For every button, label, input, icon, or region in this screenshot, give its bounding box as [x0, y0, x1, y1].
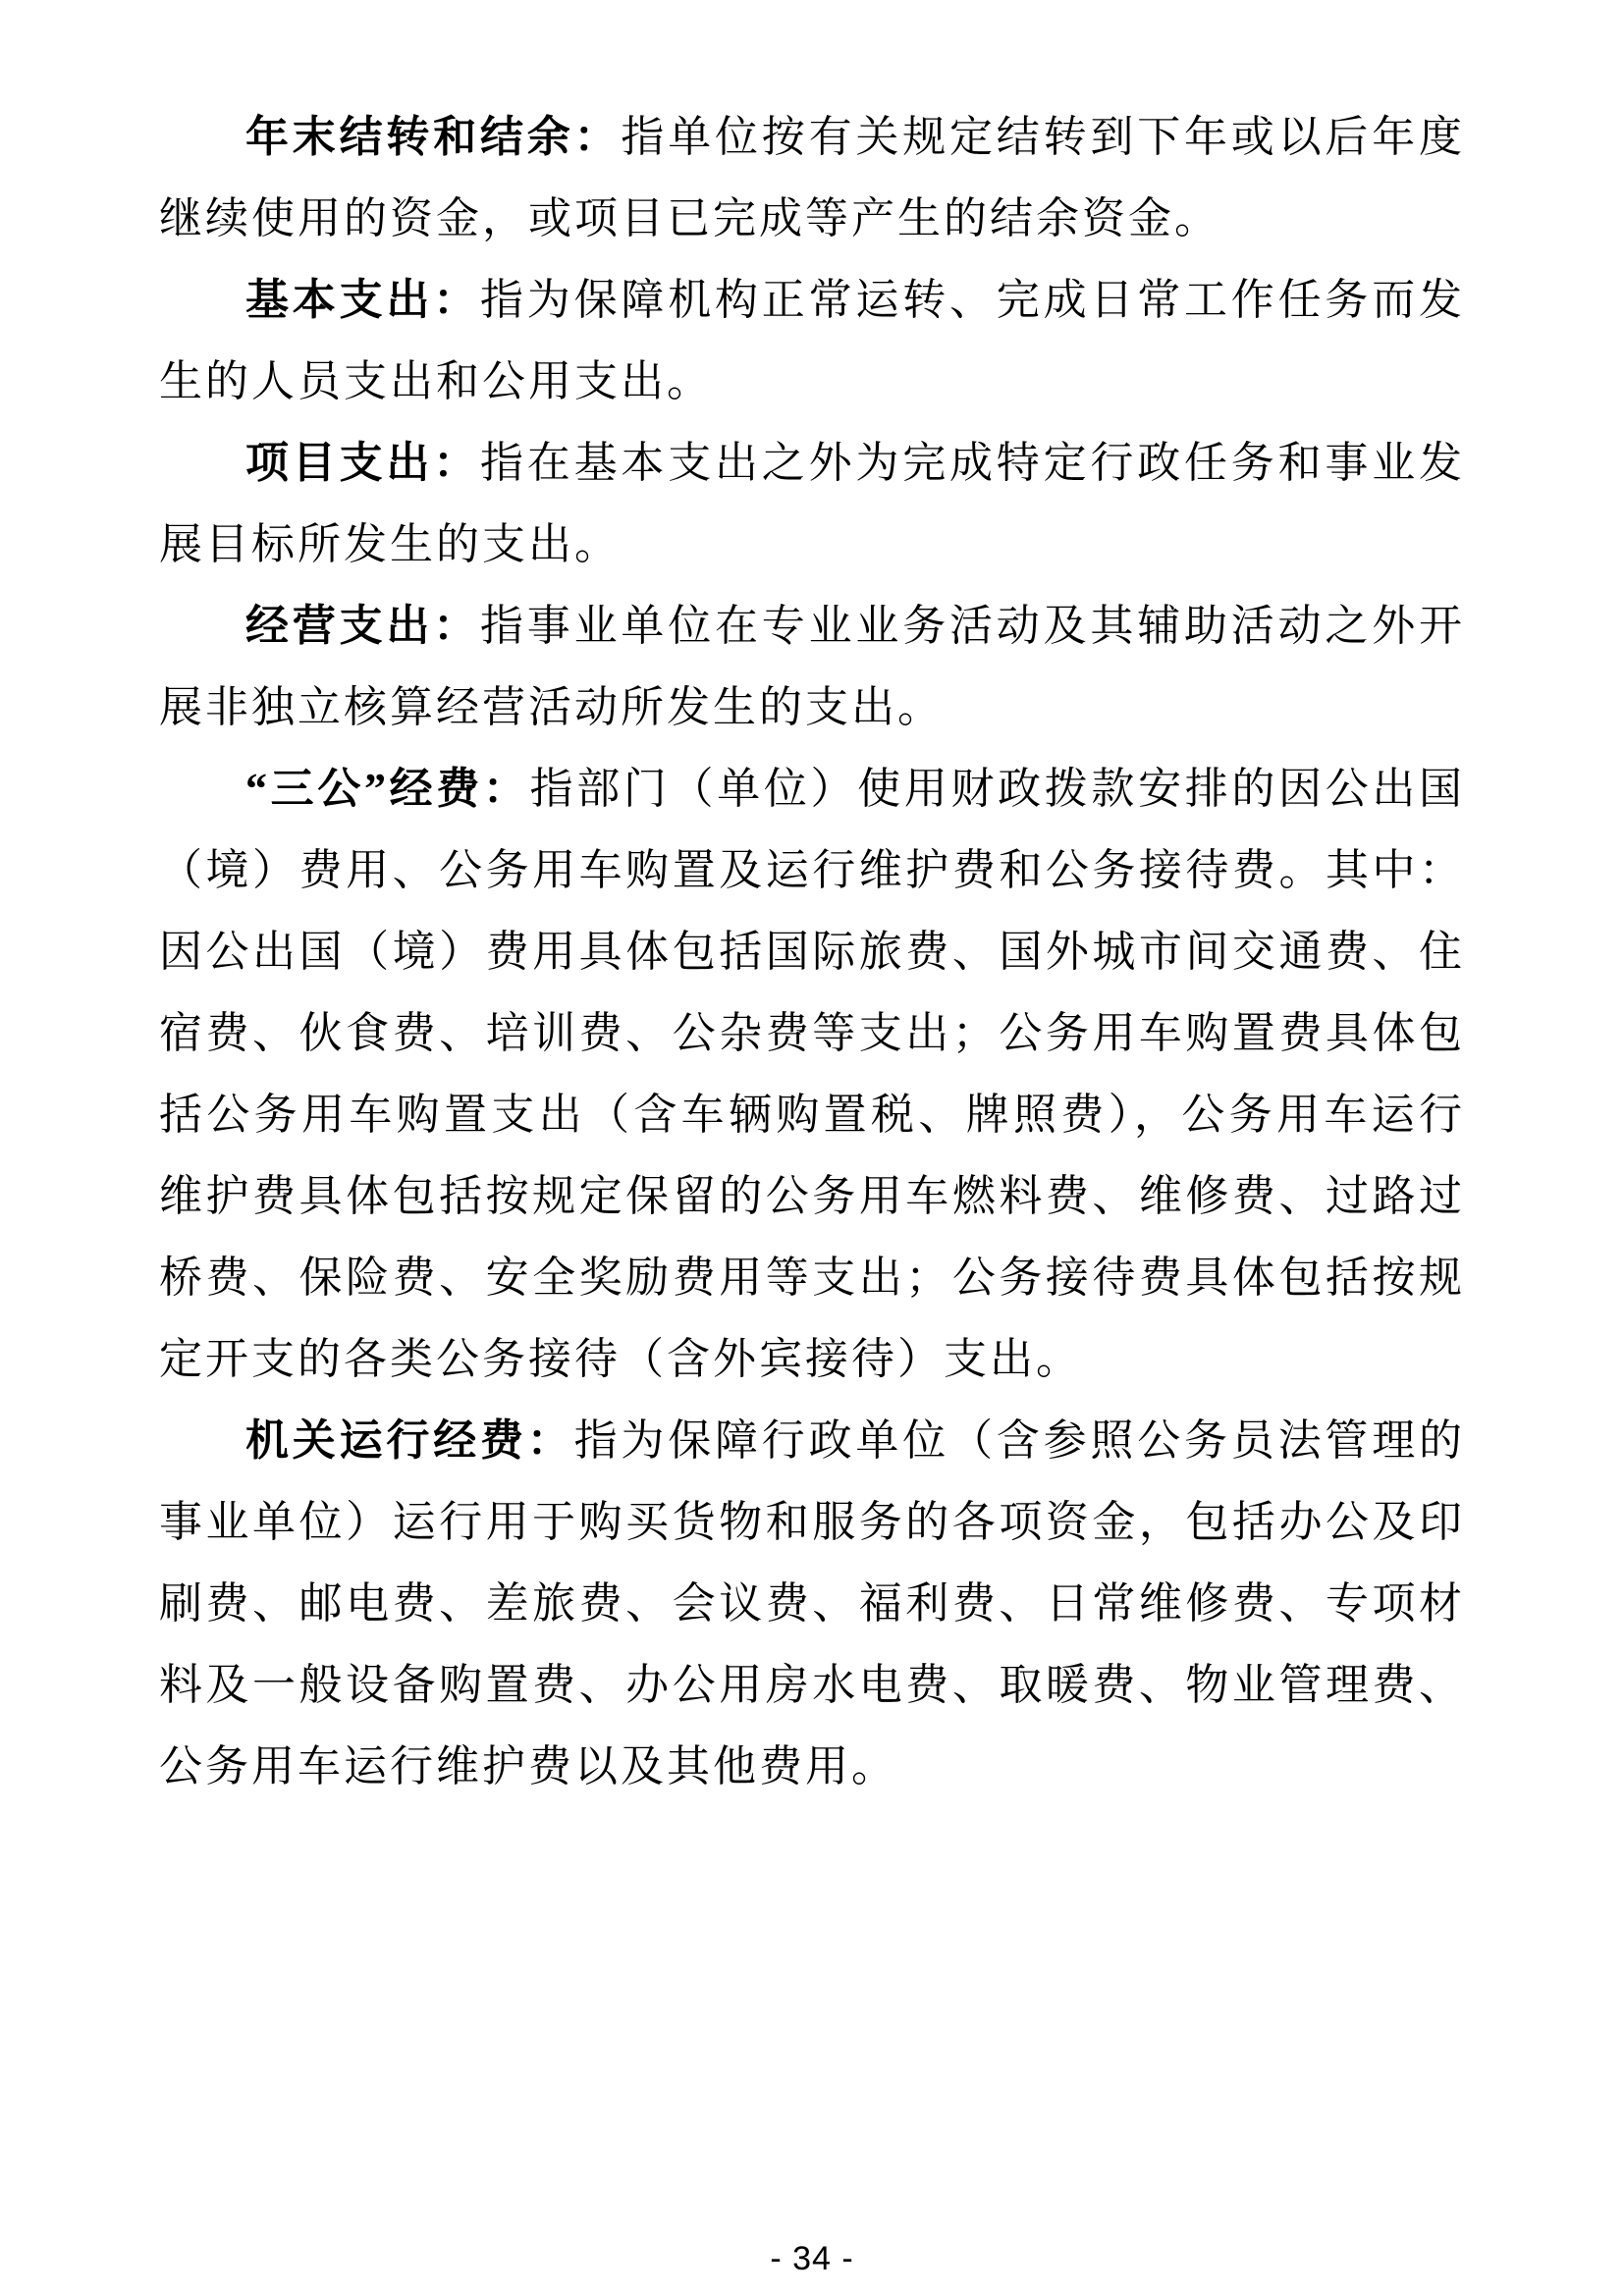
paragraph-three-public-funds: “三公”经费：指部门（单位）使用财政拨款安排的因公出国（境）费用、公务用车购置及… [159, 748, 1465, 1400]
page-number: - 34 - [770, 2240, 853, 2277]
paragraph-term: 机关运行经费： [245, 1416, 574, 1465]
paragraph-basic-expenditure: 基本支出：指为保障机构正常运转、完成日常工作任务而发生的人员支出和公用支出。 [159, 259, 1465, 422]
paragraph-agency-operating-funds: 机关运行经费：指为保障行政单位（含参照公务员法管理的事业单位）运行用于购买货物和… [159, 1400, 1465, 1807]
paragraph-term: 经营支出： [245, 602, 480, 650]
paragraph-term: 基本支出： [245, 276, 480, 324]
paragraph-term: “三公”经费： [245, 765, 530, 813]
paragraph-term: 年末结转和结余： [245, 113, 621, 161]
document-page: 年末结转和结余：指单位按有关规定结转到下年或以后年度继续使用的资金，或项目已完成… [0, 0, 1624, 2296]
paragraph-term: 项目支出： [245, 439, 480, 487]
page-footer: - 34 - [0, 2240, 1624, 2278]
paragraph-project-expenditure: 项目支出：指在基本支出之外为完成特定行政任务和事业发展目标所发生的支出。 [159, 422, 1465, 585]
paragraph-text: 指部门（单位）使用财政拨款安排的因公出国（境）费用、公务用车购置及运行维护费和公… [159, 765, 1465, 1383]
paragraph-year-end-carryover: 年末结转和结余：指单位按有关规定结转到下年或以后年度继续使用的资金，或项目已完成… [159, 96, 1465, 259]
document-body: 年末结转和结余：指单位按有关规定结转到下年或以后年度继续使用的资金，或项目已完成… [159, 96, 1465, 1807]
paragraph-operating-expenditure: 经营支出：指事业单位在专业业务活动及其辅助活动之外开展非独立核算经营活动所发生的… [159, 585, 1465, 748]
paragraph-text: 指为保障行政单位（含参照公务员法管理的事业单位）运行用于购买货物和服务的各项资金… [159, 1416, 1465, 1790]
